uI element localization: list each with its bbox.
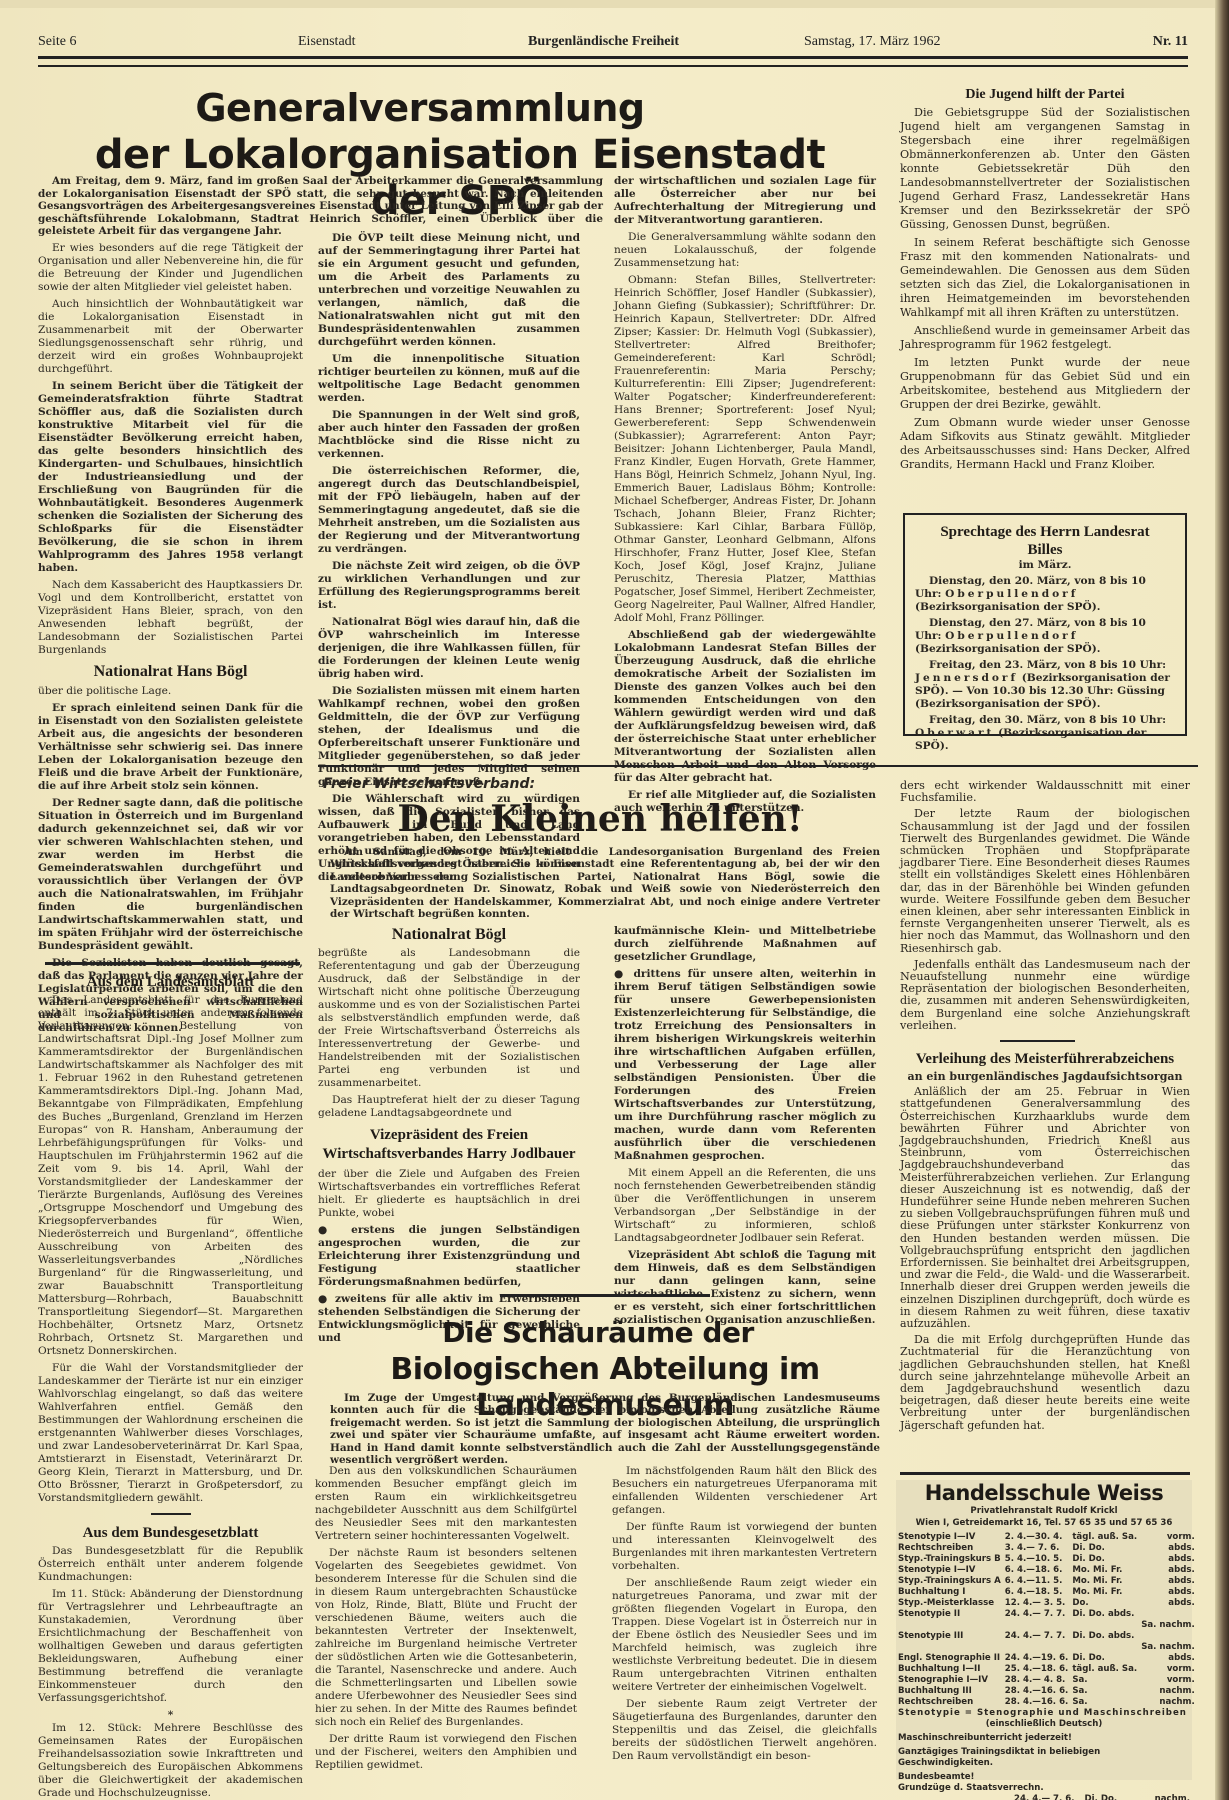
article-column-1: Den aus den volkskundlichen Schauräumen … — [315, 1465, 577, 1776]
article-column-3: der wirtschaftlichen und sozialen Lage f… — [614, 175, 876, 819]
course-row: Buchhaltung I6. 4.—18. 5.Mo. Mi. Fr.abds… — [896, 1587, 1197, 1598]
course-row: Buchhaltung III28. 4.—16. 6.Sa.nachm. — [896, 1686, 1197, 1697]
article-title: Aus dem Bundesgesetzblatt — [38, 1523, 303, 1543]
divider-rule — [151, 1513, 191, 1515]
course-row: Styp.-Trainingskurs A6. 4.—11. 5.Mo. Mi.… — [896, 1576, 1197, 1587]
divider-rule — [1000, 1040, 1075, 1042]
article-meisterfuehrer: Verleihung des Meisterführerabzeichens a… — [900, 1050, 1190, 1436]
ad-note: Grundzüge d. Staatsverrechn. — [898, 1783, 1190, 1794]
course-row: Styp.-Meisterklasse12. 4.— 3. 5.Do.abds. — [896, 1598, 1197, 1609]
course-row: Stenotypie III24. 4.— 7. 7.Di. Do. abds. — [896, 1631, 1197, 1642]
article-landesamtsblatt: Aus dem Landesamtsblatt Das Landesamtsbl… — [38, 972, 303, 1800]
course-row: Sa. nachm. — [896, 1642, 1197, 1653]
separator-asterisk: * — [38, 1709, 303, 1722]
box-entry: Dienstag, den 20. März, von 8 bis 10 Uhr… — [915, 575, 1175, 614]
article-column-1: Nationalrat Bögl begrüßte als Landesobma… — [318, 925, 580, 1349]
course-row: Stenographie I—IV28. 4.— 4. 8.Sa.vorm. — [896, 1675, 1197, 1686]
kicker: Freier Wirtschaftsverband: — [323, 776, 535, 792]
course-row: Rechtschreiben3. 4.— 7. 6.Di. Do.abds. — [896, 1543, 1197, 1554]
page-edge-right — [1215, 0, 1229, 1800]
ad-subtitle: Privatlehranstalt Rudolf Krickl — [896, 1506, 1192, 1517]
article-title: Aus dem Landesamtsblatt — [38, 972, 303, 992]
subheading: Vizepräsident des Freien Wirtschaftsverb… — [318, 1126, 580, 1164]
course-row: Stenotypie I—IV2. 4.—30. 4.tägl. auß. Sa… — [896, 1532, 1197, 1543]
divider-rule — [900, 1472, 1190, 1475]
article-jugend: Die Jugend hilft der Partei Die Gebietsg… — [900, 86, 1190, 476]
issue-date: Samstag, 17. März 1962 — [804, 34, 940, 50]
box-entry: Freitag, den 30. März, von 8 bis 10 Uhr:… — [915, 714, 1175, 753]
article-title: Verleihung des Meisterführerabzeichens — [900, 1050, 1190, 1069]
box-subtitle: im März. — [915, 559, 1175, 572]
box-title: Sprechtage des Herrn Landesrat — [915, 523, 1175, 541]
sprechtage-box: Sprechtage des Herrn Landesrat Billes im… — [903, 513, 1187, 736]
subheading: Nationalrat Bögl — [318, 925, 580, 945]
page-edge-top — [0, 0, 1229, 8]
article-column-2: kaufmännische Klein- und Mittelbetriebe … — [614, 925, 876, 1331]
section-city: Eisenstadt — [298, 34, 356, 50]
course-row: Buchhaltung I—II25. 4.—18. 6.tägl. auß. … — [896, 1664, 1197, 1675]
course-row: Stenotypie II24. 4.— 7. 7.Di. Do. abds. — [896, 1609, 1197, 1620]
course-row: Sa. nachm. — [896, 1620, 1197, 1631]
ad-handelsschule: Handelsschule Weiss Privatlehranstalt Ru… — [896, 1480, 1192, 1780]
ad-note: (einschließlich Deutsch) — [898, 1719, 1190, 1730]
course-table: Stenotypie I—IV2. 4.—30. 4.tägl. auß. Sa… — [896, 1532, 1197, 1708]
headline-line1: Die Schauräume der — [318, 1316, 878, 1350]
masthead-rule — [38, 56, 1188, 67]
headline-line1: Generalversammlung — [160, 86, 680, 130]
divider-rule — [318, 765, 1198, 767]
article-jugend-title: Die Jugend hilft der Partei — [900, 86, 1190, 104]
divider-rule — [500, 1294, 710, 1297]
ad-note: Ganztägiges Trainingsdiktat in beliebige… — [898, 1747, 1190, 1769]
article-lead: Am Samstag, dem 10. März, hielt die Land… — [330, 846, 880, 924]
ad-note: Stenotypie = Stenographie und Maschinsch… — [898, 1708, 1190, 1719]
headline: Den Kleinen helfen! — [320, 798, 880, 840]
course-row: Stenotypie I—IV6. 4.—18. 6.Mo. Mi. Fr.ab… — [896, 1565, 1197, 1576]
course-row: Engl. Stenographie II24. 4.—19. 6.Di. Do… — [896, 1653, 1197, 1664]
ad-address: Wien I, Getreidemarkt 16, Tel. 57 65 35 … — [896, 1517, 1192, 1529]
issue-number: Nr. 11 — [1153, 34, 1188, 50]
article-column-1: Er wies besonders auf die rege Tätigkeit… — [38, 242, 303, 1039]
ad-title: Handelsschule Weiss — [896, 1480, 1192, 1506]
course-row: Styp.-Trainingskurs B5. 4.—10. 5.Di. Do.… — [896, 1554, 1197, 1565]
article-column-2: Im nächstfolgenden Raum hält den Blick d… — [612, 1465, 877, 1767]
ad-note: Bundesbeamte! — [898, 1772, 1190, 1783]
article-lead: Im Zuge der Umgestaltung und Vergrößerun… — [330, 1392, 880, 1470]
page-number: Seite 6 — [38, 34, 77, 50]
article-subtitle: an ein burgenländisches Jagdaufsichtsorg… — [900, 1071, 1190, 1083]
article-column-3: ders echt wirkender Waldausschnitt mit e… — [900, 780, 1190, 1036]
box-entry: Dienstag, den 27. März, von 8 bis 10 Uhr… — [915, 617, 1175, 656]
subheading: Nationalrat Hans Bögl — [38, 661, 303, 683]
box-entry: Freitag, den 23. März, von 8 bis 10 Uhr:… — [915, 659, 1175, 711]
masthead: Seite 6 Eisenstadt Burgenländische Freih… — [38, 30, 1188, 52]
divider-rule — [45, 962, 300, 965]
ad-note: Maschinschreibunterricht jederzeit! — [898, 1733, 1190, 1744]
box-title-name: Billes — [915, 541, 1175, 559]
newspaper-name: Burgenländische Freiheit — [528, 34, 679, 50]
course-row: Rechtschreiben28. 4.—16. 6.Sa.nachm. — [896, 1697, 1197, 1708]
